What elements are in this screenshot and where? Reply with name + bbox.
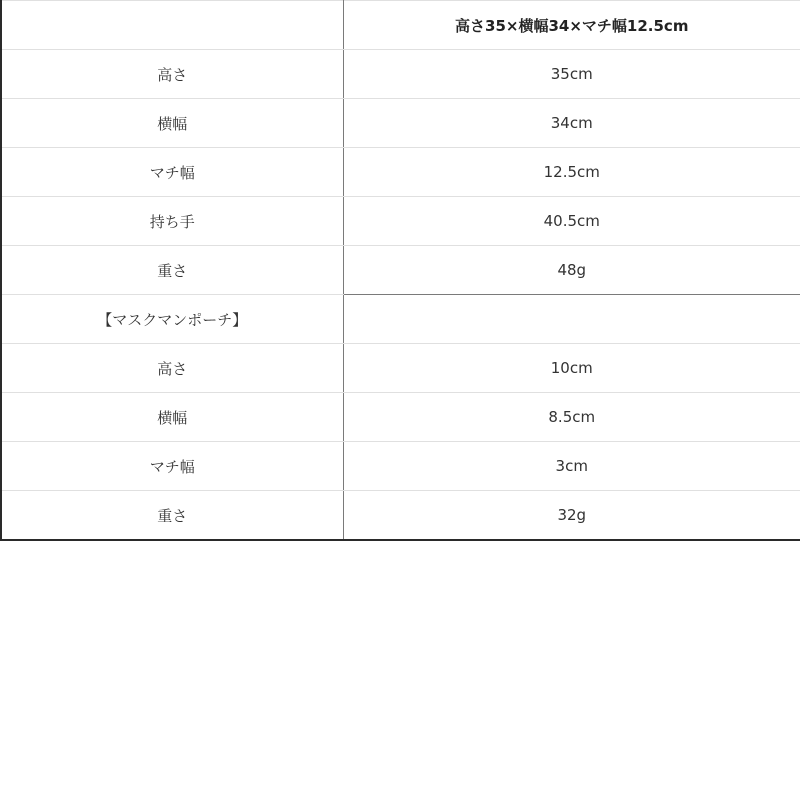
table-row-pouch-gusset: マチ幅 3cm <box>1 442 800 491</box>
row-value: 3cm <box>343 442 800 491</box>
table-header-row: 高さ35×横幅34×マチ幅12.5cm <box>1 1 800 50</box>
row-label: マチ幅 <box>1 148 343 197</box>
row-value: 10cm <box>343 344 800 393</box>
table-row-bag-handle: 持ち手 40.5cm <box>1 197 800 246</box>
row-label: 高さ <box>1 50 343 99</box>
row-label: 重さ <box>1 246 343 295</box>
table-row-pouch-height: 高さ 10cm <box>1 344 800 393</box>
row-value: 48g <box>343 246 800 295</box>
row-label: 持ち手 <box>1 197 343 246</box>
row-label: 横幅 <box>1 99 343 148</box>
row-value: 40.5cm <box>343 197 800 246</box>
row-label: 横幅 <box>1 393 343 442</box>
row-label: 高さ <box>1 344 343 393</box>
section-title: 【マスクマンポーチ】 <box>1 295 343 344</box>
header-label-cell <box>1 1 343 50</box>
table-row-pouch-weight: 重さ 32g <box>1 491 800 541</box>
row-value: 34cm <box>343 99 800 148</box>
section-value-empty <box>343 295 800 344</box>
row-label: マチ幅 <box>1 442 343 491</box>
row-value: 32g <box>343 491 800 541</box>
header-size-summary: 高さ35×横幅34×マチ幅12.5cm <box>343 1 800 50</box>
table-row-pouch-width: 横幅 8.5cm <box>1 393 800 442</box>
row-label: 重さ <box>1 491 343 541</box>
row-value: 12.5cm <box>343 148 800 197</box>
row-value: 35cm <box>343 50 800 99</box>
table-row-bag-width: 横幅 34cm <box>1 99 800 148</box>
table-section-pouch: 【マスクマンポーチ】 <box>1 295 800 344</box>
row-value: 8.5cm <box>343 393 800 442</box>
table-row-bag-gusset: マチ幅 12.5cm <box>1 148 800 197</box>
table-row-bag-height: 高さ 35cm <box>1 50 800 99</box>
table-row-bag-weight: 重さ 48g <box>1 246 800 295</box>
size-spec-table: 高さ35×横幅34×マチ幅12.5cm 高さ 35cm 横幅 34cm マチ幅 … <box>0 0 800 541</box>
